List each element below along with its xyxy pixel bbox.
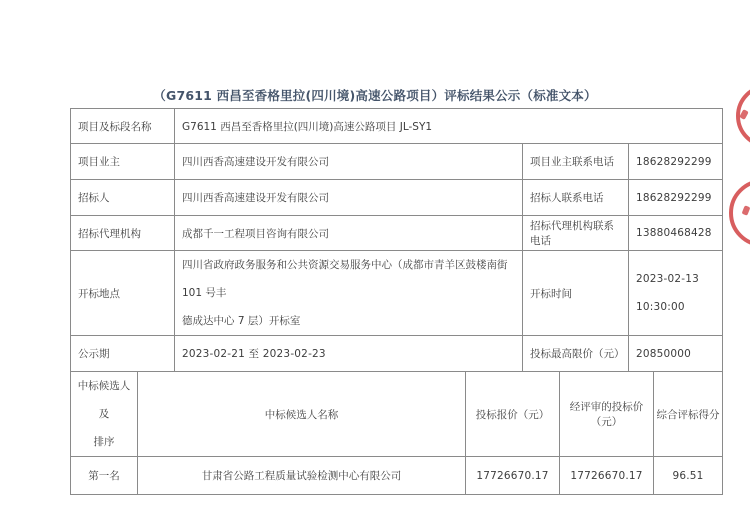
header-candidate-rank: 中标候选人及 排序 [71,372,138,457]
header-candidate-rank-line1: 中标候选人及 [73,372,135,428]
value-owner-phone: 18628292299 [629,144,723,180]
table-row: 开标地点 四川省政府政务服务和公共资源交易服务中心（成都市青羊区鼓楼南街 101… [71,251,723,336]
label-project-section-name: 项目及标段名称 [71,109,175,144]
label-owner-phone: 项目业主联系电话 [523,144,629,180]
bid-opening-clock: 10:30:00 [636,293,715,321]
value-project-section-name: G7611 西昌至香格里拉(四川境)高速公路项目 JL-SY1 [175,109,723,144]
bid-opening-place-line2: 德成达中心 7 层）开标室 [182,307,515,335]
label-bid-opening-place: 开标地点 [71,251,175,336]
label-project-owner: 项目业主 [71,144,175,180]
candidate-bid-price: 17726670.17 [466,457,560,495]
header-evaluated-bid-price: 经评审的投标价（元） [560,372,654,457]
label-agency: 招标代理机构 [71,216,175,251]
table-row: 招标代理机构 成都千一工程项目咨询有限公司 招标代理机构联系电话 1388046… [71,216,723,251]
label-tenderer-phone: 招标人联系电话 [523,180,629,216]
label-max-bid-price: 投标最高限价（元） [523,336,629,372]
candidates-header-row: 中标候选人及 排序 中标候选人名称 投标报价（元） 经评审的投标价（元） 综合评… [71,372,723,457]
candidates-table: 中标候选人及 排序 中标候选人名称 投标报价（元） 经评审的投标价（元） 综合评… [70,371,723,495]
table-row: 项目及标段名称 G7611 西昌至香格里拉(四川境)高速公路项目 JL-SY1 [71,109,723,144]
label-publicity-period: 公示期 [71,336,175,372]
value-bid-opening-time: 2023-02-13 10:30:00 [629,251,723,336]
header-candidate-name: 中标候选人名称 [138,372,466,457]
value-publicity-period: 2023-02-21 至 2023-02-23 [175,336,523,372]
label-tenderer: 招标人 [71,180,175,216]
header-candidate-rank-line2: 排序 [73,428,135,456]
value-project-owner: 四川西香高速建设开发有限公司 [175,144,523,180]
candidate-evaluated-bid-price: 17726670.17 [560,457,654,495]
bid-opening-date: 2023-02-13 [636,265,715,293]
page-title: （G7611 西昌至香格里拉(四川境)高速公路项目）评标结果公示（标准文本） [0,86,750,104]
value-tenderer: 四川西香高速建设开发有限公司 [175,180,523,216]
candidate-rank: 第一名 [71,457,138,495]
result-tables: 项目及标段名称 G7611 西昌至香格里拉(四川境)高速公路项目 JL-SY1 … [70,108,722,495]
value-max-bid-price: 20850000 [629,336,723,372]
candidate-name: 甘肃省公路工程质量试验检测中心有限公司 [138,457,466,495]
value-tenderer-phone: 18628292299 [629,180,723,216]
value-bid-opening-place: 四川省政府政务服务和公共资源交易服务中心（成都市青羊区鼓楼南街 101 号丰 德… [175,251,523,336]
header-bid-price: 投标报价（元） [466,372,560,457]
table-row: 项目业主 四川西香高速建设开发有限公司 项目业主联系电话 18628292299 [71,144,723,180]
table-row: 公示期 2023-02-21 至 2023-02-23 投标最高限价（元） 20… [71,336,723,372]
value-agency-phone: 13880468428 [629,216,723,251]
candidate-row: 第一名 甘肃省公路工程质量试验检测中心有限公司 17726670.17 1772… [71,457,723,495]
candidate-overall-score: 96.51 [654,457,723,495]
label-agency-phone: 招标代理机构联系电话 [523,216,629,251]
bid-opening-place-line1: 四川省政府政务服务和公共资源交易服务中心（成都市青羊区鼓楼南街 101 号丰 [182,251,515,307]
header-overall-score: 综合评标得分 [654,372,723,457]
label-bid-opening-time: 开标时间 [523,251,629,336]
value-agency: 成都千一工程项目咨询有限公司 [175,216,523,251]
document-page: （G7611 西昌至香格里拉(四川境)高速公路项目）评标结果公示（标准文本） 项… [0,0,750,530]
project-info-table: 项目及标段名称 G7611 西昌至香格里拉(四川境)高速公路项目 JL-SY1 … [70,108,723,372]
table-row: 招标人 四川西香高速建设开发有限公司 招标人联系电话 18628292299 [71,180,723,216]
